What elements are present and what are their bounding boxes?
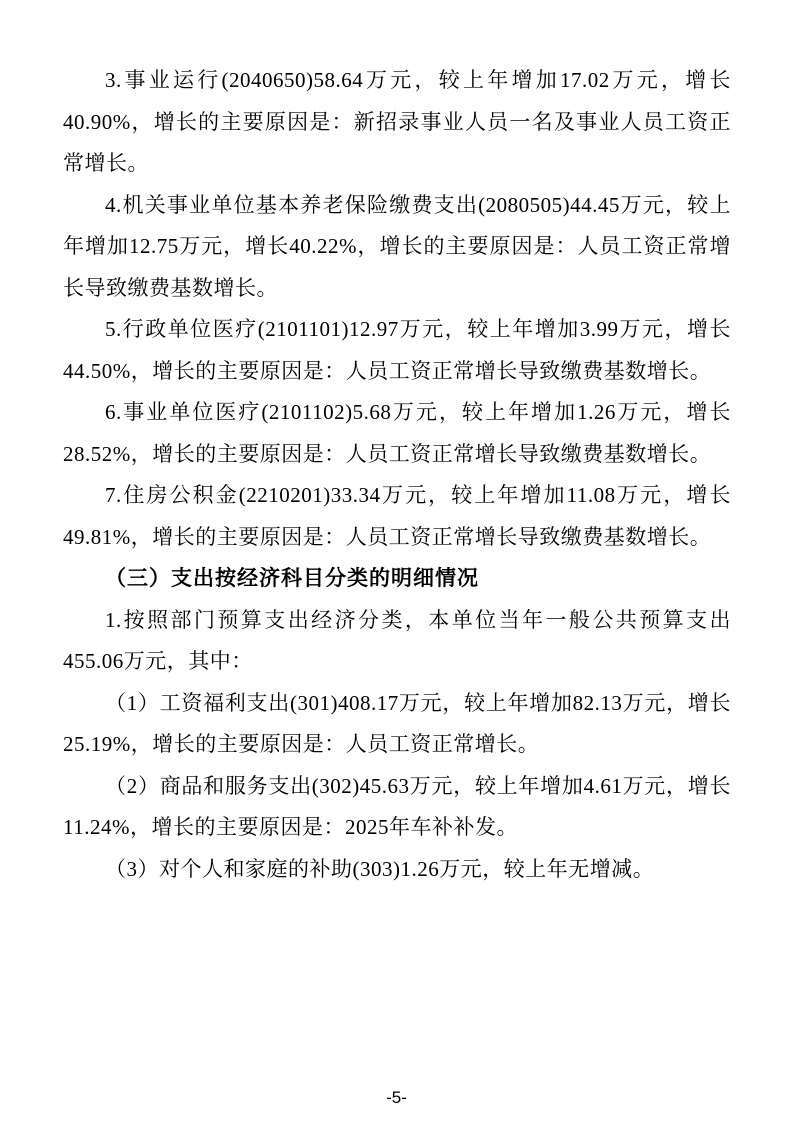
paragraph-subitem-3-individual-family-subsidy: （3）对个人和家庭的补助(303)1.26万元，较上年无增减。: [63, 849, 731, 891]
page-footer: -5-: [0, 1088, 793, 1108]
paragraph-item-3-operations: 3.事业运行(2040650)58.64万元，较上年增加17.02万元，增长40…: [63, 60, 731, 185]
document-page: 3.事业运行(2040650)58.64万元，较上年增加17.02万元，增长40…: [0, 0, 793, 1122]
paragraph-item-7-housing-fund: 7.住房公积金(2210201)33.34万元，较上年增加11.08万元，增长4…: [63, 475, 731, 558]
paragraph-item-1-economic-classification-total: 1.按照部门预算支出经济分类，本单位当年一般公共预算支出455.06万元，其中：: [63, 600, 731, 683]
paragraph-item-4-pension: 4.机关事业单位基本养老保险缴费支出(2080505)44.45万元，较上年增加…: [63, 185, 731, 310]
paragraph-item-6-institution-medical: 6.事业单位医疗(2101102)5.68万元，较上年增加1.26万元，增长28…: [63, 392, 731, 475]
paragraph-subitem-2-goods-services: （2）商品和服务支出(302)45.63万元，较上年增加4.61万元，增长11.…: [63, 766, 731, 849]
page-number: -5-: [386, 1088, 407, 1107]
section-heading-economic-classification: （三）支出按经济科目分类的明细情况: [63, 558, 731, 600]
document-body: 3.事业运行(2040650)58.64万元，较上年增加17.02万元，增长40…: [63, 60, 731, 890]
paragraph-subitem-1-salary-welfare: （1）工资福利支出(301)408.17万元，较上年增加82.13万元，增长25…: [63, 683, 731, 766]
paragraph-item-5-admin-medical: 5.行政单位医疗(2101101)12.97万元，较上年增加3.99万元，增长4…: [63, 309, 731, 392]
